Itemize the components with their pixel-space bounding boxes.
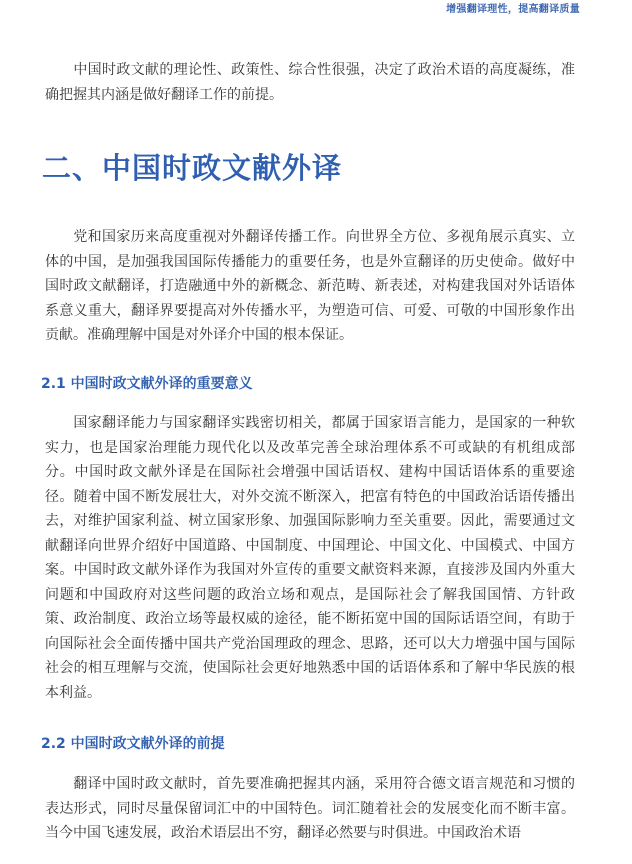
- subsection-paragraph-2-1: 国家翻译能力与国家翻译实践密切相关，都属于国家语言能力，是国家的一种软实力，也是…: [45, 411, 575, 705]
- intro-paragraph-text: 中国时政文献的理论性、政策性、综合性很强，决定了政治术语的高度凝练，准确把握其内…: [45, 62, 575, 103]
- intro-paragraph: 中国时政文献的理论性、政策性、综合性很强，决定了政治术语的高度凝练，准确把握其内…: [45, 58, 575, 107]
- running-header-title: 增强翻译理性，提高翻译质量: [446, 0, 580, 15]
- section-title: 二、中国时政文献外译: [42, 146, 342, 187]
- subsection-paragraph-2-2-text: 翻译中国时政文献时，首先要准确把握其内涵，采用符合德文语言规范和习惯的表达形式，…: [45, 776, 575, 841]
- subsection-paragraph-2-2: 翻译中国时政文献时，首先要准确把握其内涵，采用符合德文语言规范和习惯的表达形式，…: [45, 772, 575, 846]
- subsection-title-2-1: 2.1 中国时政文献外译的重要意义: [41, 373, 253, 393]
- section-paragraph-text: 党和国家历来高度重视对外翻译传播工作。向世界全方位、多视角展示真实、立体的中国，…: [45, 229, 575, 343]
- subsection-title-2-2: 2.2 中国时政文献外译的前提: [41, 733, 225, 753]
- section-paragraph: 党和国家历来高度重视对外翻译传播工作。向世界全方位、多视角展示真实、立体的中国，…: [45, 225, 575, 348]
- subsection-paragraph-2-1-text: 国家翻译能力与国家翻译实践密切相关，都属于国家语言能力，是国家的一种软实力，也是…: [45, 415, 575, 701]
